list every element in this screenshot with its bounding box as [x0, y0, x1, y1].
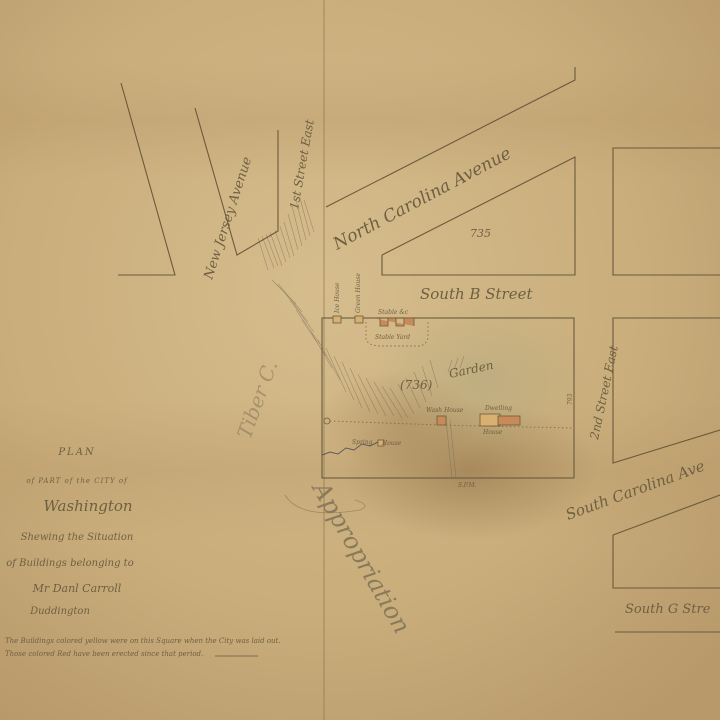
note-line-1: The Buildings colored yellow were on thi… [5, 637, 281, 645]
title-washington: Washington [43, 497, 132, 515]
ice-house-building [333, 316, 341, 323]
title-shewing: Shewing the Situation [21, 532, 134, 543]
green-house-building [355, 316, 363, 323]
ice-house-label: Ice House [334, 282, 341, 314]
title-part-of-city: of PART of the CITY of [26, 477, 128, 485]
square-736-label: (736) [400, 378, 433, 392]
title-duddington: Duddington [29, 606, 90, 617]
dwelling-label: Dwelling [484, 405, 512, 412]
title-owner: Mr Danl Carroll [32, 582, 122, 595]
spring-house-label: House [381, 440, 402, 447]
dwelling-house-building [480, 414, 500, 426]
stable-yard-label: Stable Yard [375, 334, 410, 341]
south-b-street-label: South B Street [420, 285, 533, 303]
square-735-label: 735 [470, 227, 491, 240]
wash-house-building [437, 416, 446, 425]
title-plan: PLAN [57, 447, 95, 458]
side-793-label: 793 [567, 393, 574, 405]
note-line-2: Those colored Red have been erected sinc… [5, 650, 203, 658]
historical-map: New Jersey Avenue 1st Street East North … [0, 0, 720, 720]
spring-label: Spring [352, 439, 373, 446]
bottom-label: S.P.M. [458, 482, 477, 489]
green-house-label: Green House [355, 273, 362, 313]
title-buildings: of Buildings belonging to [6, 558, 133, 569]
wash-house-label: Wash House [426, 407, 464, 414]
dwelling-house-label: House [482, 429, 503, 436]
south-g-street-label: South G Stre [625, 602, 711, 617]
map-canvas: New Jersey Avenue 1st Street East North … [0, 0, 720, 720]
stable-label: Stable &c [378, 309, 409, 316]
